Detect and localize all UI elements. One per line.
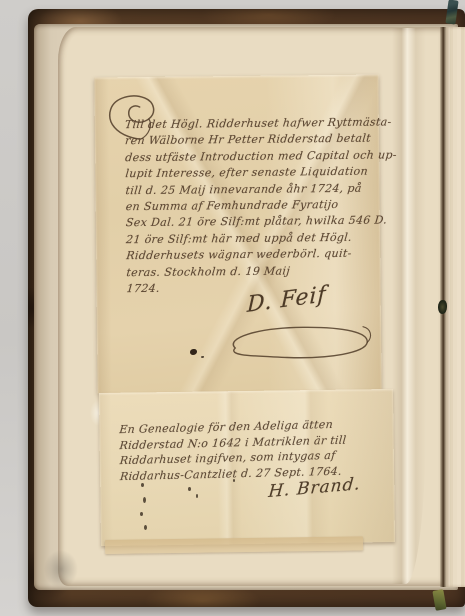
ink-speck <box>140 512 143 516</box>
ink-speck <box>196 494 198 498</box>
ink-speck <box>188 487 191 491</box>
manuscript-line: lupit Interesse, efter senaste Liquidati… <box>125 164 373 183</box>
note-body-text: En Genealogie för den Adeliga ätten Ridd… <box>119 417 380 483</box>
ink-speck <box>233 479 235 482</box>
ink-speck <box>144 525 147 530</box>
receipt-body-text: Till det Högl. Ridderhuset hafwer Ryttmä… <box>125 115 373 298</box>
page-curve-crease <box>392 28 426 584</box>
signature-flourish <box>217 323 377 367</box>
gray-smudge-stain <box>44 550 78 588</box>
ink-speck <box>141 483 144 487</box>
next-page-edge <box>446 27 465 587</box>
genealogy-note-1764: En Genealogie för den Adeliga ätten Ridd… <box>99 389 395 546</box>
ink-speck <box>143 497 146 503</box>
receipt-document-1724: Till det Högl. Ridderhuset hafwer Ryttmä… <box>94 75 381 394</box>
clasp-remnant-blob <box>438 300 447 314</box>
photograph-of-open-book: Till det Högl. Ridderhuset hafwer Ryttmä… <box>0 0 465 616</box>
